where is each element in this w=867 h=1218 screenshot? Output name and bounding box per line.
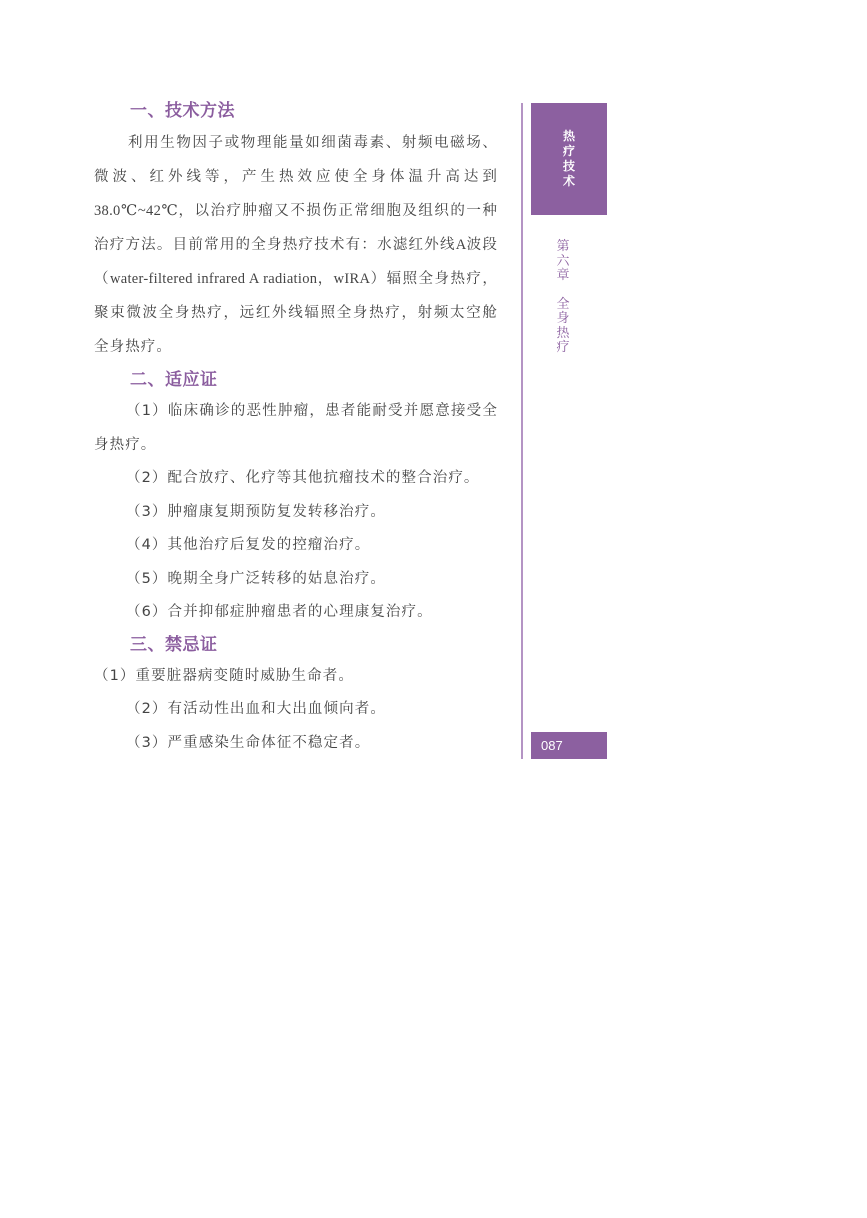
page-number: 087 xyxy=(531,732,607,759)
book-page: 一、技术方法 利用生物因子或物理能量如细菌毒素、射频电磁场、微波、红外线等，产生… xyxy=(0,0,867,1218)
contraindication-item-2: （2）有活动性出血和大出血倾向者。 xyxy=(94,693,498,727)
text-run: 利用生物因子或物理能量如细菌毒素、射频电磁场、微波、红外线等，产生热效应使全身体… xyxy=(94,135,498,185)
indication-item-1: （1）临床确诊的恶性肿瘤，患者能耐受并愿意接受全身热疗。 xyxy=(94,395,498,462)
vertical-divider xyxy=(521,103,523,759)
section-tab: 热疗技术 xyxy=(531,103,607,215)
text-run: A xyxy=(456,237,467,253)
text-run: ， xyxy=(317,271,333,287)
section-tab-label: 热疗技术 xyxy=(562,129,576,189)
chapter-label: 第六章 全身热疗 xyxy=(555,240,571,356)
indication-item-5: （5）晚期全身广泛转移的姑息治疗。 xyxy=(94,563,498,597)
chapter-title: 全身热疗 xyxy=(556,297,569,356)
indication-item-6: （6）合并抑郁症肿瘤患者的心理康复治疗。 xyxy=(94,596,498,630)
technique-paragraph: 利用生物因子或物理能量如细菌毒素、射频电磁场、微波、红外线等，产生热效应使全身体… xyxy=(94,126,498,364)
main-content: 一、技术方法 利用生物因子或物理能量如细菌毒素、射频电磁场、微波、红外线等，产生… xyxy=(94,96,498,760)
indication-item-2: （2）配合放疗、化疗等其他抗瘤技术的整合治疗。 xyxy=(94,462,498,496)
temperature-range: 38.0℃~42℃ xyxy=(94,203,178,219)
section-heading-technique: 一、技术方法 xyxy=(94,96,498,126)
indication-item-3: （3）肿瘤康复期预防复发转移治疗。 xyxy=(94,496,498,530)
contraindication-item-1: （1）重要脏器病变随时威胁生命者。 xyxy=(62,660,498,694)
spacer xyxy=(555,284,571,298)
abbreviation: wIRA xyxy=(334,271,371,287)
contraindication-item-3: （3）严重感染生命体征不稳定者。 xyxy=(94,727,498,761)
section-heading-contraindications: 三、禁忌证 xyxy=(94,630,498,660)
chapter-number: 第六章 xyxy=(556,239,569,283)
indication-item-4: （4）其他治疗后复发的控瘤治疗。 xyxy=(94,529,498,563)
english-term: water-filtered infrared A radiation xyxy=(110,271,317,287)
section-heading-indications: 二、适应证 xyxy=(94,365,498,395)
